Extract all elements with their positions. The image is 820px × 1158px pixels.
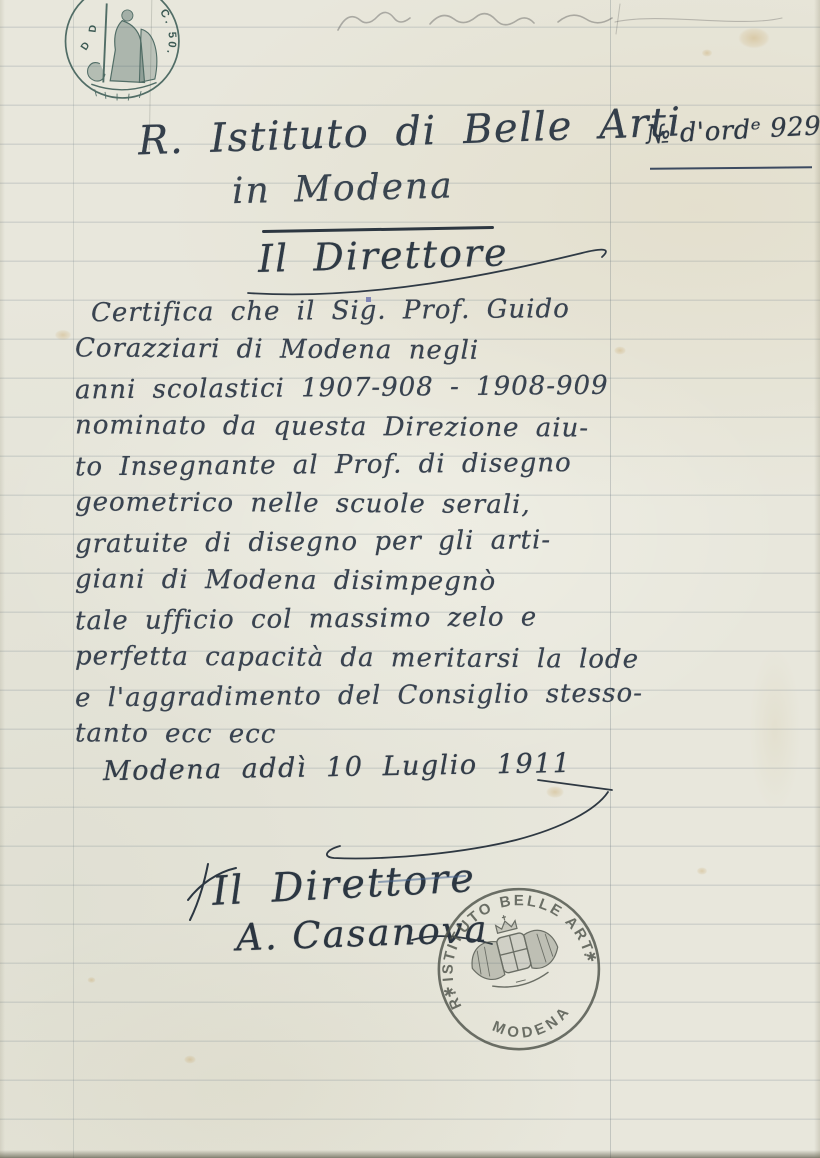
- body-line: nominato da questa Direzione aiu-: [75, 406, 623, 448]
- seated-figure-icon: [88, 3, 157, 100]
- body-text: Certifica che il Sig. Prof. Guido Corazz…: [75, 292, 623, 754]
- stain-spot: [182, 1054, 198, 1065]
- stain-streak: [740, 620, 810, 840]
- body-line: tale ufficio col massimo zelo e: [75, 598, 623, 641]
- scan-edge-left: [0, 0, 5, 1158]
- document-page: C. 50. D D R. Istituto di Belle Arti in …: [0, 0, 820, 1158]
- order-number-value: 929: [769, 111, 820, 144]
- stamp-bottom-text: MODENA: [487, 999, 579, 1050]
- stain-spot: [700, 48, 714, 58]
- body-line: anni scolastici 1907-908 - 1908-909: [75, 367, 623, 410]
- body-line: to Insegnante al Prof. di disegno: [75, 444, 623, 487]
- letterhead-line2: in Modena: [231, 160, 552, 216]
- svg-text:MODENA: MODENA: [487, 999, 579, 1050]
- revenue-side-letters: D D: [79, 19, 100, 52]
- scan-edge-right: [814, 0, 820, 1158]
- svg-text:D D: D D: [79, 19, 100, 52]
- revenue-stamp: C. 50. D D: [56, 0, 191, 122]
- letterhead-line1: R. Istituto di Belle Arti: [137, 95, 679, 170]
- body-line: Certifica che il Sig. Prof. Guido: [75, 290, 623, 333]
- scan-edge-bottom: [0, 1150, 820, 1158]
- stain-spot: [695, 866, 709, 876]
- body-line: giani di Modena disimpegnò: [75, 560, 623, 602]
- body-line: geometrico nelle scuole serali,: [75, 483, 623, 525]
- stain-spot: [52, 328, 74, 342]
- body-line: gratuite di disegno per gli arti-: [75, 521, 623, 564]
- body-line: e l'aggradimento del Consiglio stesso-: [75, 675, 623, 718]
- order-underline: [650, 166, 812, 169]
- margin-line-left: [73, 0, 74, 1158]
- body-line: Corazziari di Modena negli: [75, 329, 623, 371]
- stain-spot: [86, 976, 97, 984]
- pencil-annotation: [320, 0, 800, 45]
- revenue-denomination-text: C. 50.: [157, 7, 178, 57]
- svg-text:C. 50.: C. 50.: [157, 7, 178, 57]
- order-number-label: № d'ordᵉ: [645, 114, 762, 150]
- body-line: perfetta capacità da meritarsi la lode: [75, 637, 623, 679]
